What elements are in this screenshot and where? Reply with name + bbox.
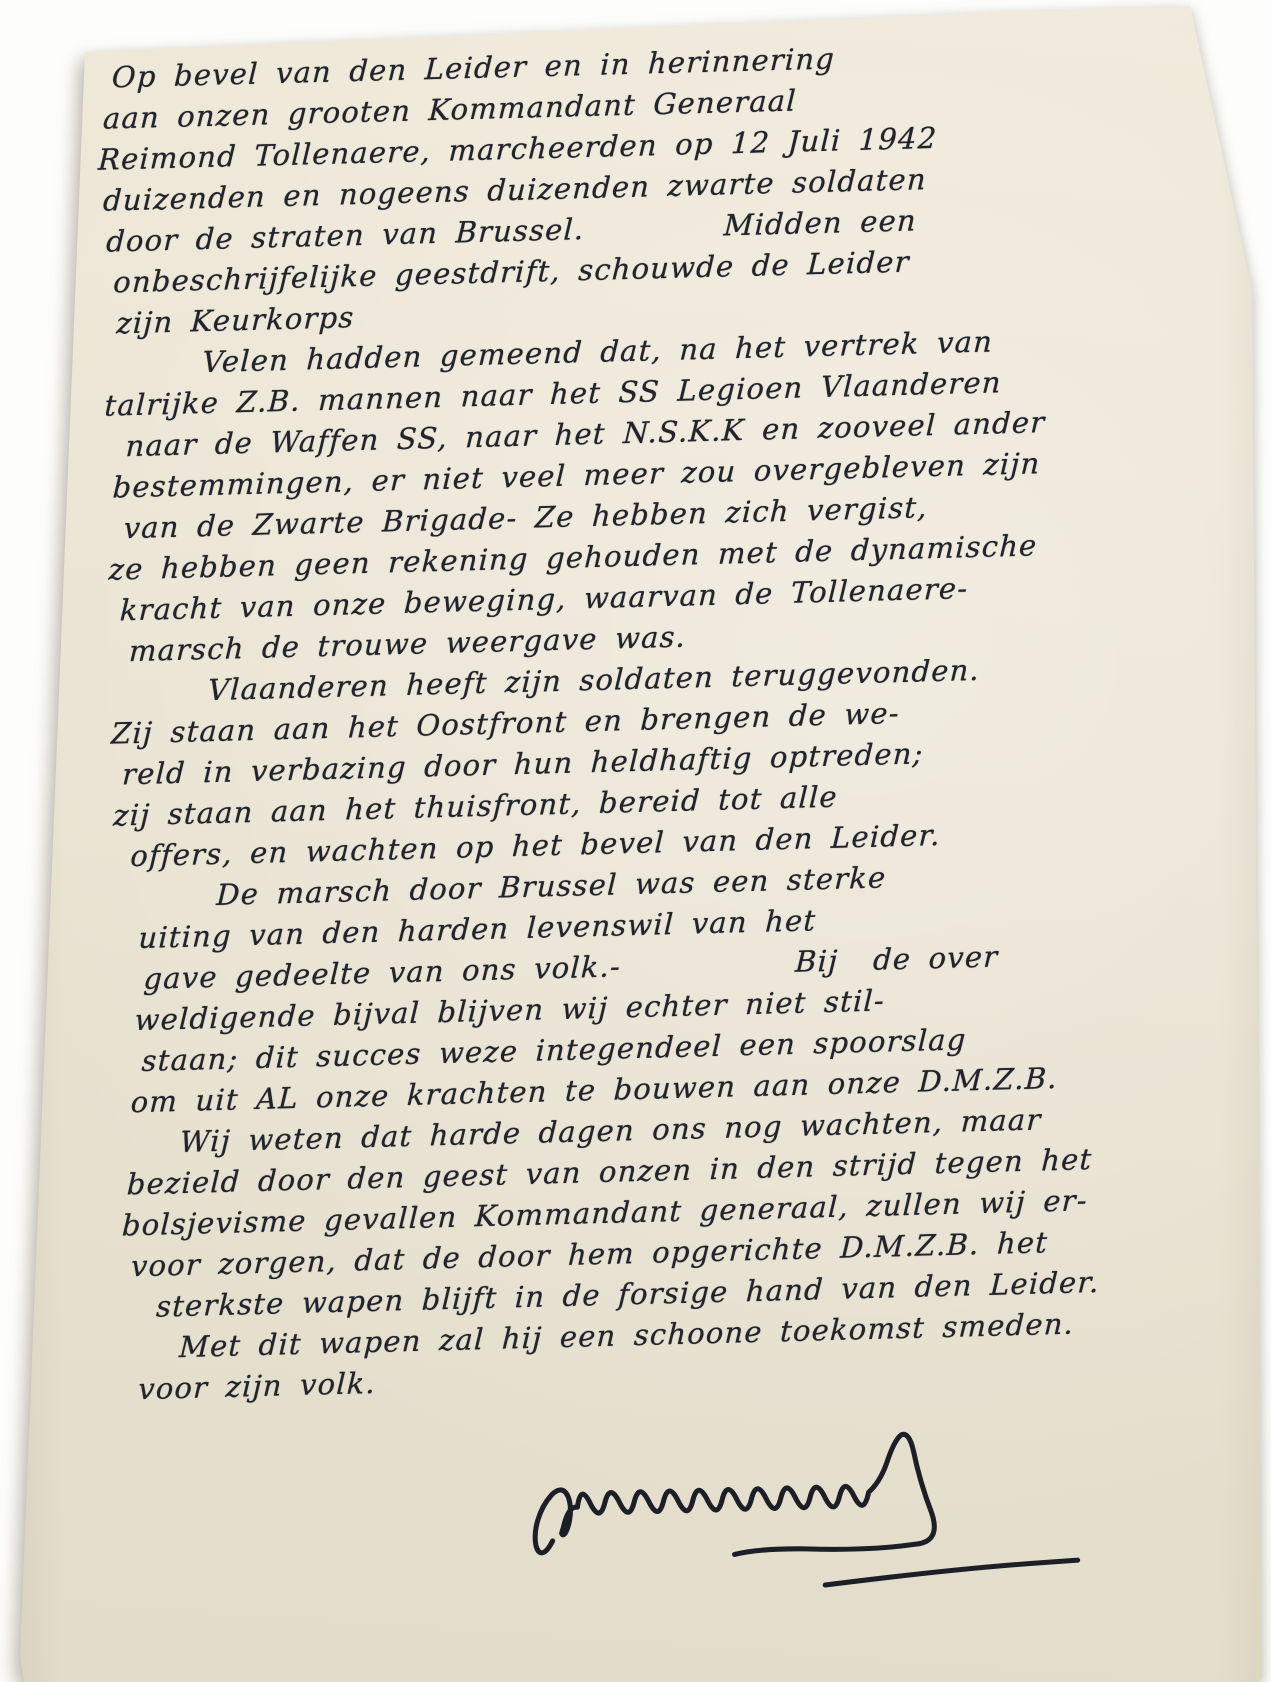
photo-background: Op bevel van den Leider en in herinnerin… <box>0 0 1271 1682</box>
signature-flourish <box>533 1434 935 1560</box>
signature-underline <box>825 1560 1078 1585</box>
signature <box>515 1388 1131 1624</box>
letter-body: Op bevel van den Leider en in herinnerin… <box>88 29 1249 1635</box>
